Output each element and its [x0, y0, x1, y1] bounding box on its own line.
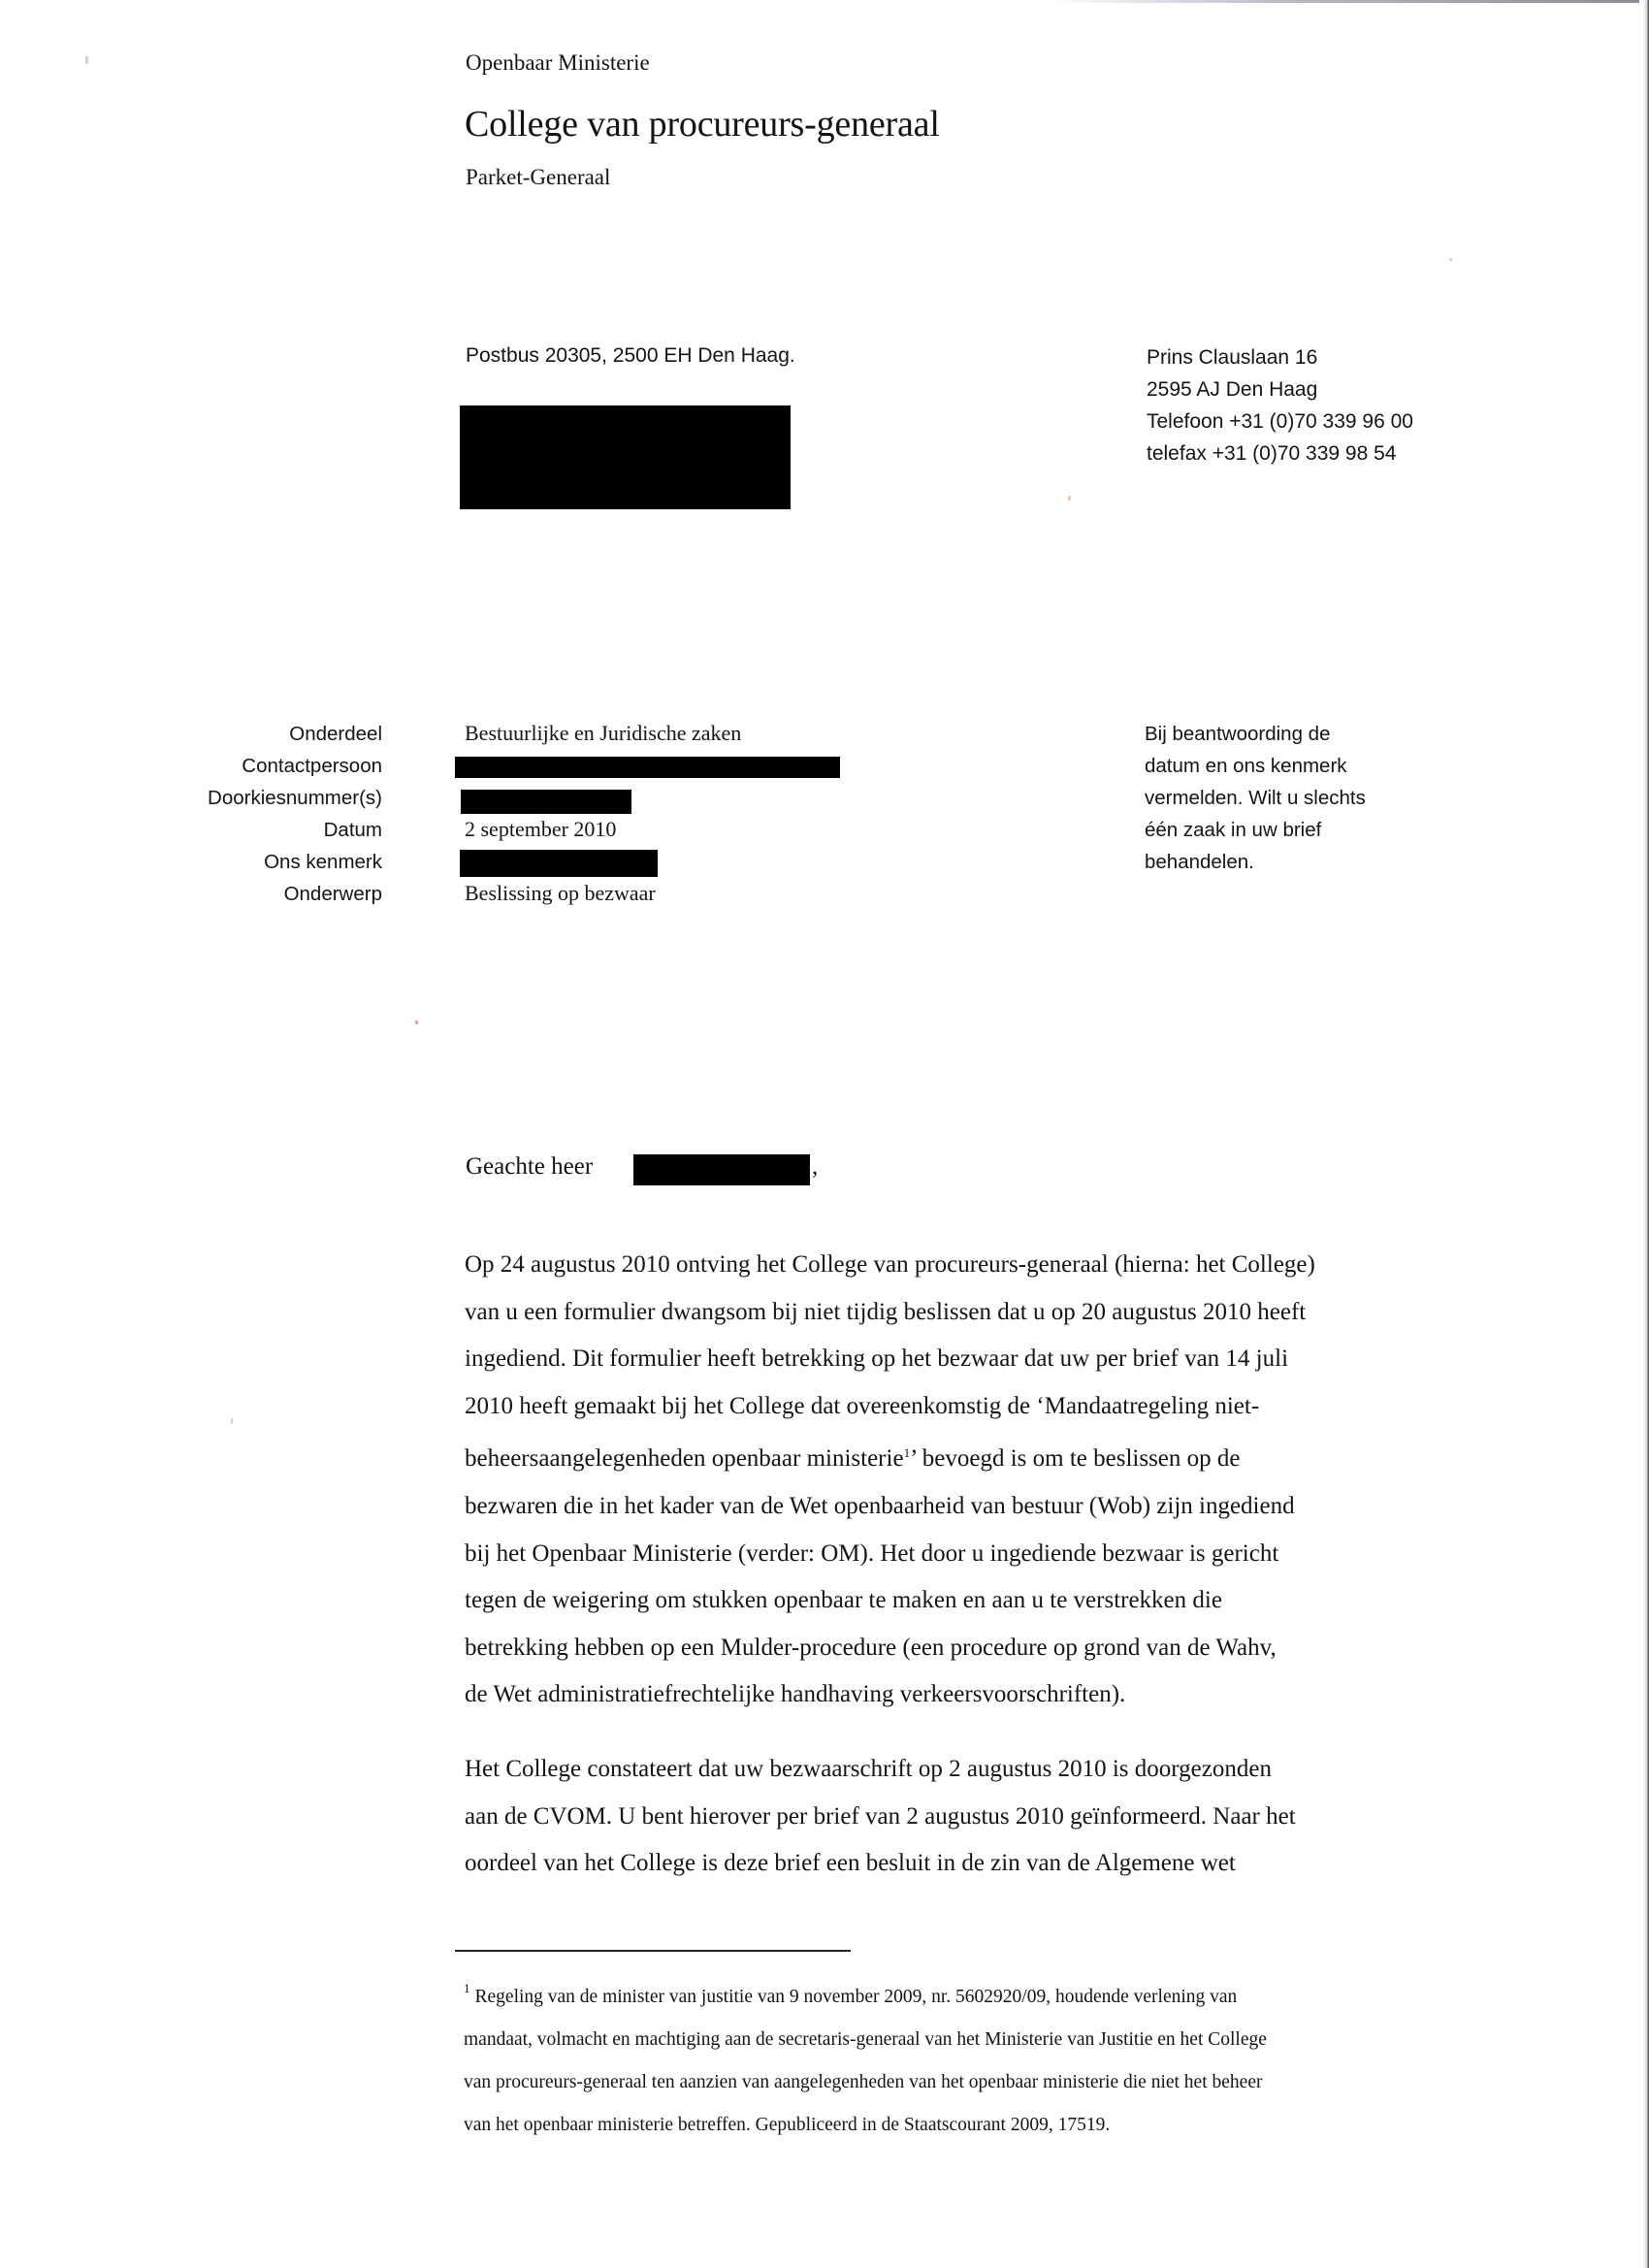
body-paragraph-2: Het College constateert dat uw bezwaarsc… — [465, 1746, 1566, 1888]
reply-note: Bij beantwoording de datum en ons kenmer… — [1145, 718, 1366, 878]
scan-speck — [1068, 496, 1071, 501]
salutation-comma: , — [812, 1153, 818, 1181]
letterhead-organization: Openbaar Ministerie — [466, 50, 650, 76]
scan-edge-top — [1048, 0, 1639, 3]
footnote-line: 1Regeling van de minister van justitie v… — [464, 1967, 1267, 2019]
meta-label-datum: Datum — [165, 814, 382, 846]
return-address: Postbus 20305, 2500 EH Den Haag. — [466, 344, 795, 368]
meta-value-ons-kenmerk-redaction — [460, 850, 658, 877]
reply-note-line: vermelden. Wilt u slechts — [1145, 782, 1366, 814]
salutation: Geachte heer — [466, 1153, 593, 1181]
sender-fax: telefax +31 (0)70 339 98 54 — [1147, 437, 1413, 470]
footnote-number: 1 — [464, 1981, 470, 1995]
scan-speck — [231, 1418, 233, 1424]
letterhead-subtitle: Parket-Generaal — [466, 165, 610, 190]
meta-label-doorkiesnummer: Doorkiesnummer(s) — [165, 782, 382, 814]
body-line: de Wet administratiefrechtelijke handhav… — [465, 1671, 1566, 1719]
body-line: van u een formulier dwangsom bij niet ti… — [465, 1289, 1566, 1337]
body-line: betrekking hebben op een Mulder-procedur… — [465, 1625, 1566, 1672]
meta-value-doorkiesnummer-redaction — [461, 790, 631, 814]
body-line: tegen de weigering om stukken openbaar t… — [465, 1577, 1566, 1625]
letterhead-title: College van procureurs-generaal — [465, 103, 940, 146]
reply-note-line: Bij beantwoording de — [1145, 718, 1366, 750]
meta-label-onderdeel: Onderdeel — [165, 718, 382, 750]
body-line: 2010 heeft gemaakt bij het College dat o… — [465, 1383, 1566, 1431]
scan-speck — [85, 56, 88, 64]
salutation-prefix: Geachte heer — [466, 1153, 593, 1180]
scan-speck — [415, 1021, 418, 1024]
meta-label-contactpersoon: Contactpersoon — [165, 750, 382, 782]
body-line-text: ’ bevoegd is om te beslissen op de — [910, 1445, 1240, 1472]
meta-labels: Onderdeel Contactpersoon Doorkiesnummer(… — [165, 718, 382, 910]
reply-note-line: datum en ons kenmerk — [1145, 750, 1366, 782]
scan-speck — [1449, 258, 1452, 261]
meta-value-datum: 2 september 2010 — [465, 813, 616, 845]
sender-address-line: 2595 AJ Den Haag — [1147, 373, 1413, 405]
body-line: Het College constateert dat uw bezwaarsc… — [465, 1746, 1566, 1794]
reply-note-line: één zaak in uw brief — [1145, 814, 1366, 846]
meta-value-onderdeel: Bestuurlijke en Juridische zaken — [465, 717, 741, 749]
body-line: ingediend. Dit formulier heeft betrekkin… — [465, 1336, 1566, 1383]
reply-note-line: behandelen. — [1145, 846, 1366, 878]
recipient-address-redaction — [460, 405, 791, 509]
footnote-line: van het openbaar ministerie betreffen. G… — [464, 2104, 1267, 2147]
salutation-name-redaction — [633, 1154, 810, 1185]
meta-value-contactpersoon-redaction — [455, 757, 840, 778]
meta-label-ons-kenmerk: Ons kenmerk — [165, 846, 382, 878]
body-line: aan de CVOM. U bent hierover per brief v… — [465, 1794, 1566, 1841]
footnote-line: van procureurs-generaal ten aanzien van … — [464, 2061, 1267, 2104]
footnote-separator — [455, 1950, 851, 1952]
meta-value-onderwerp: Beslissing op bezwaar — [465, 877, 656, 909]
sender-address: Prins Clauslaan 16 2595 AJ Den Haag Tele… — [1147, 341, 1413, 470]
meta-label-onderwerp: Onderwerp — [165, 878, 382, 910]
body-line: Op 24 augustus 2010 ontving het College … — [465, 1242, 1566, 1289]
body-line: bezwaren die in het kader van de Wet ope… — [465, 1483, 1566, 1531]
sender-phone: Telefoon +31 (0)70 339 96 00 — [1147, 405, 1413, 437]
footnote-line-text: Regeling van de minister van justitie va… — [475, 1987, 1238, 2007]
footnote-line: mandaat, volmacht en machtiging aan de s… — [464, 2019, 1267, 2061]
sender-address-line: Prins Clauslaan 16 — [1147, 341, 1413, 373]
body-paragraph-1: Op 24 augustus 2010 ontving het College … — [465, 1242, 1566, 1719]
body-line-text: beheersaangelegenheden openbaar minister… — [465, 1445, 904, 1472]
body-line: beheersaangelegenheden openbaar minister… — [465, 1430, 1566, 1483]
scan-edge-right — [1643, 0, 1649, 2268]
body-line: bij het Openbaar Ministerie (verder: OM)… — [465, 1531, 1566, 1578]
body-line: oordeel van het College is deze brief ee… — [465, 1840, 1566, 1888]
footnote: 1Regeling van de minister van justitie v… — [464, 1967, 1267, 2147]
